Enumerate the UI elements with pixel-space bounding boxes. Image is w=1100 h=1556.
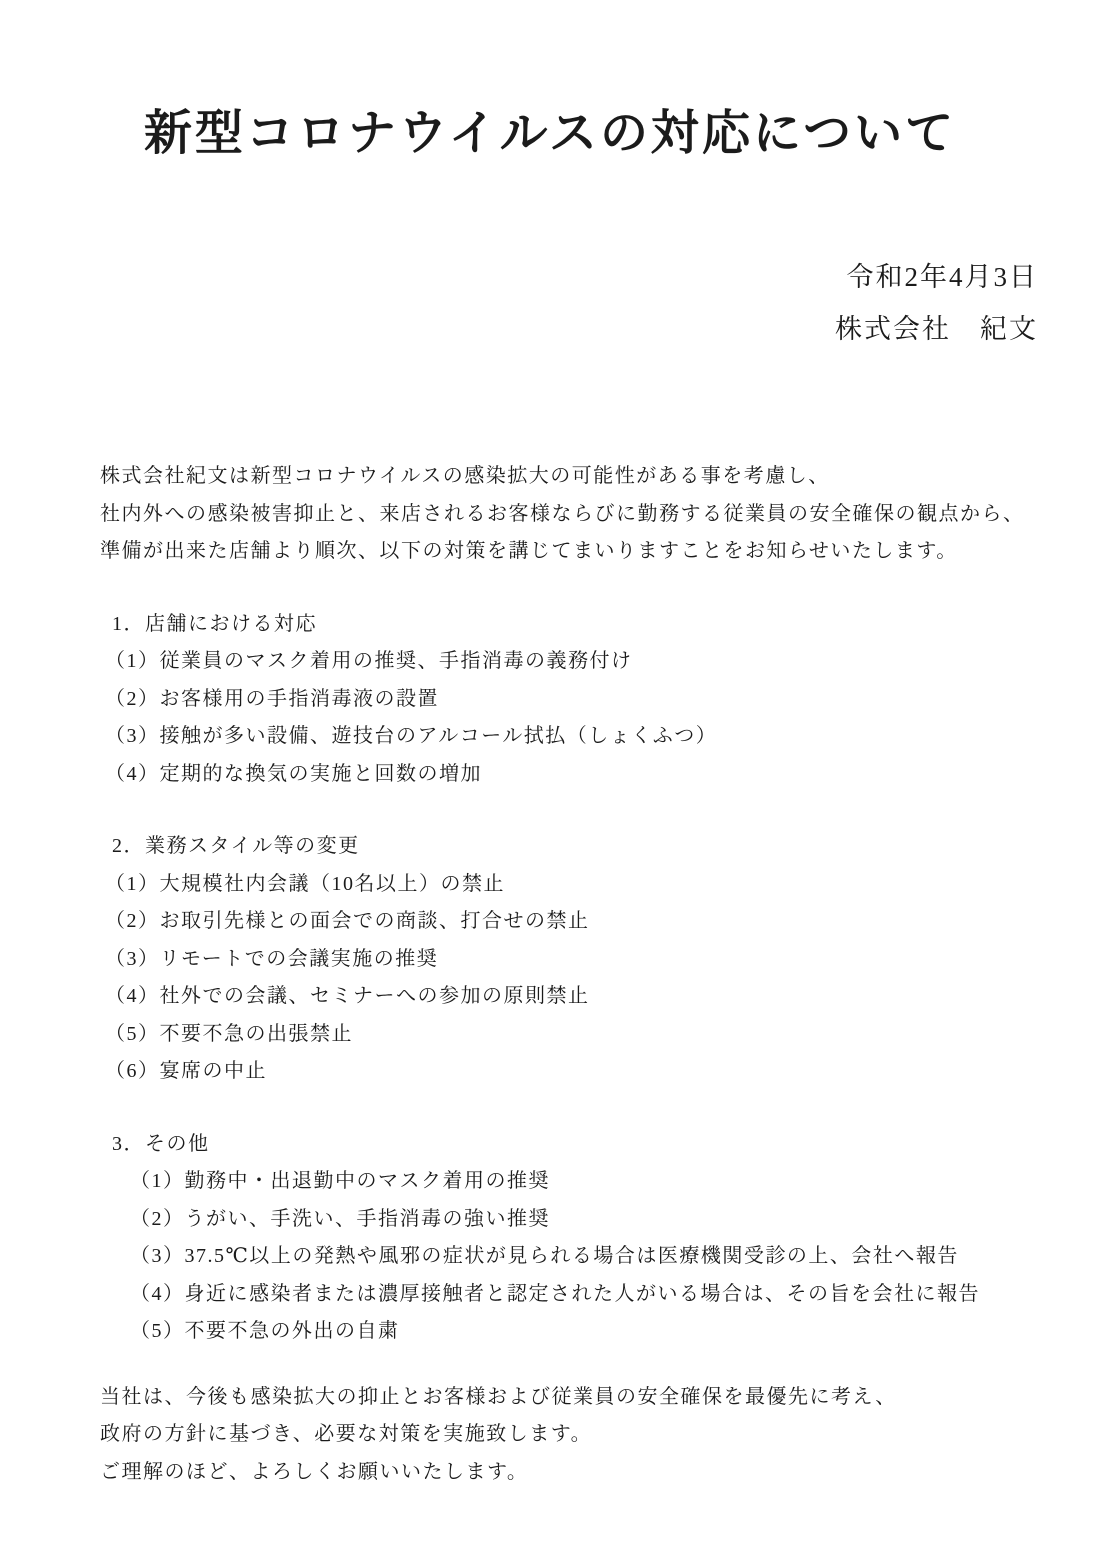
list-item: （5）不要不急の出張禁止 (105, 1016, 1060, 1054)
list-item: （2）お客様用の手指消毒液の設置 (105, 681, 1060, 719)
closing-line: ご理解のほど、よろしくお願いいたします。 (100, 1454, 1060, 1492)
list-item: （1）従業員のマスク着用の推奨、手指消毒の義務付け (105, 643, 1060, 681)
section-heading: 1．店舗における対応 (112, 606, 1060, 644)
closing-line: 政府の方針に基づき、必要な対策を実施致します。 (100, 1416, 1060, 1454)
list-item: （2）お取引先様との面会での商談、打合せの禁止 (105, 903, 1060, 941)
list-item: （3）接触が多い設備、遊技台のアルコール拭払（しょくふつ） (105, 718, 1060, 756)
section-work-style: 2．業務スタイル等の変更 （1）大規模社内会議（10名以上）の禁止 （2）お取引… (100, 828, 1060, 1091)
intro-line: 社内外への感染被害抑止と、来店されるお客様ならびに勤務する従業員の安全確保の観点… (100, 496, 1060, 534)
list-item: （2）うがい、手洗い、手指消毒の強い推奨 (130, 1201, 1060, 1239)
company-name: 株式会社 紀文 (835, 303, 1038, 355)
list-item: （4）社外での会議、セミナーへの参加の原則禁止 (105, 978, 1060, 1016)
list-item: （4）身近に感染者または濃厚接触者と認定された人がいる場合は、その旨を会社に報告 (130, 1276, 1060, 1314)
list-item: （1）大規模社内会議（10名以上）の禁止 (105, 866, 1060, 904)
meta-block: 令和2年4月3日 株式会社 紀文 (835, 251, 1038, 355)
list-item: （5）不要不急の外出の自粛 (130, 1313, 1060, 1351)
closing-paragraph: 当社は、今後も感染拡大の抑止とお客様および従業員の安全確保を最優先に考え、 政府… (100, 1379, 1060, 1492)
list-item: （4）定期的な換気の実施と回数の増加 (105, 756, 1060, 794)
intro-paragraph: 株式会社紀文は新型コロナウイルスの感染拡大の可能性がある事を考慮し、 社内外への… (100, 458, 1060, 571)
list-item: （1）勤務中・出退勤中のマスク着用の推奨 (130, 1163, 1060, 1201)
section-others: 3．その他 （1）勤務中・出退勤中のマスク着用の推奨 （2）うがい、手洗い、手指… (100, 1126, 1060, 1351)
list-item: （6）宴席の中止 (105, 1053, 1060, 1091)
section-heading: 3．その他 (112, 1126, 1060, 1164)
intro-line: 株式会社紀文は新型コロナウイルスの感染拡大の可能性がある事を考慮し、 (100, 458, 1060, 496)
section-store-measures: 1．店舗における対応 （1）従業員のマスク着用の推奨、手指消毒の義務付け （2）… (100, 606, 1060, 794)
document-title: 新型コロナウイルスの対応について (0, 104, 1100, 164)
closing-line: 当社は、今後も感染拡大の抑止とお客様および従業員の安全確保を最優先に考え、 (100, 1379, 1060, 1417)
document-page: 新型コロナウイルスの対応について 令和2年4月3日 株式会社 紀文 株式会社紀文… (0, 0, 1100, 1556)
section-heading: 2．業務スタイル等の変更 (112, 828, 1060, 866)
intro-line: 準備が出来た店舗より順次、以下の対策を講じてまいりますことをお知らせいたします。 (100, 533, 1060, 571)
list-item: （3）リモートでの会議実施の推奨 (105, 941, 1060, 979)
document-date: 令和2年4月3日 (835, 251, 1038, 303)
document-body: 株式会社紀文は新型コロナウイルスの感染拡大の可能性がある事を考慮し、 社内外への… (100, 458, 1060, 1491)
list-item: （3）37.5℃以上の発熱や風邪の症状が見られる場合は医療機関受診の上、会社へ報… (130, 1238, 1060, 1276)
